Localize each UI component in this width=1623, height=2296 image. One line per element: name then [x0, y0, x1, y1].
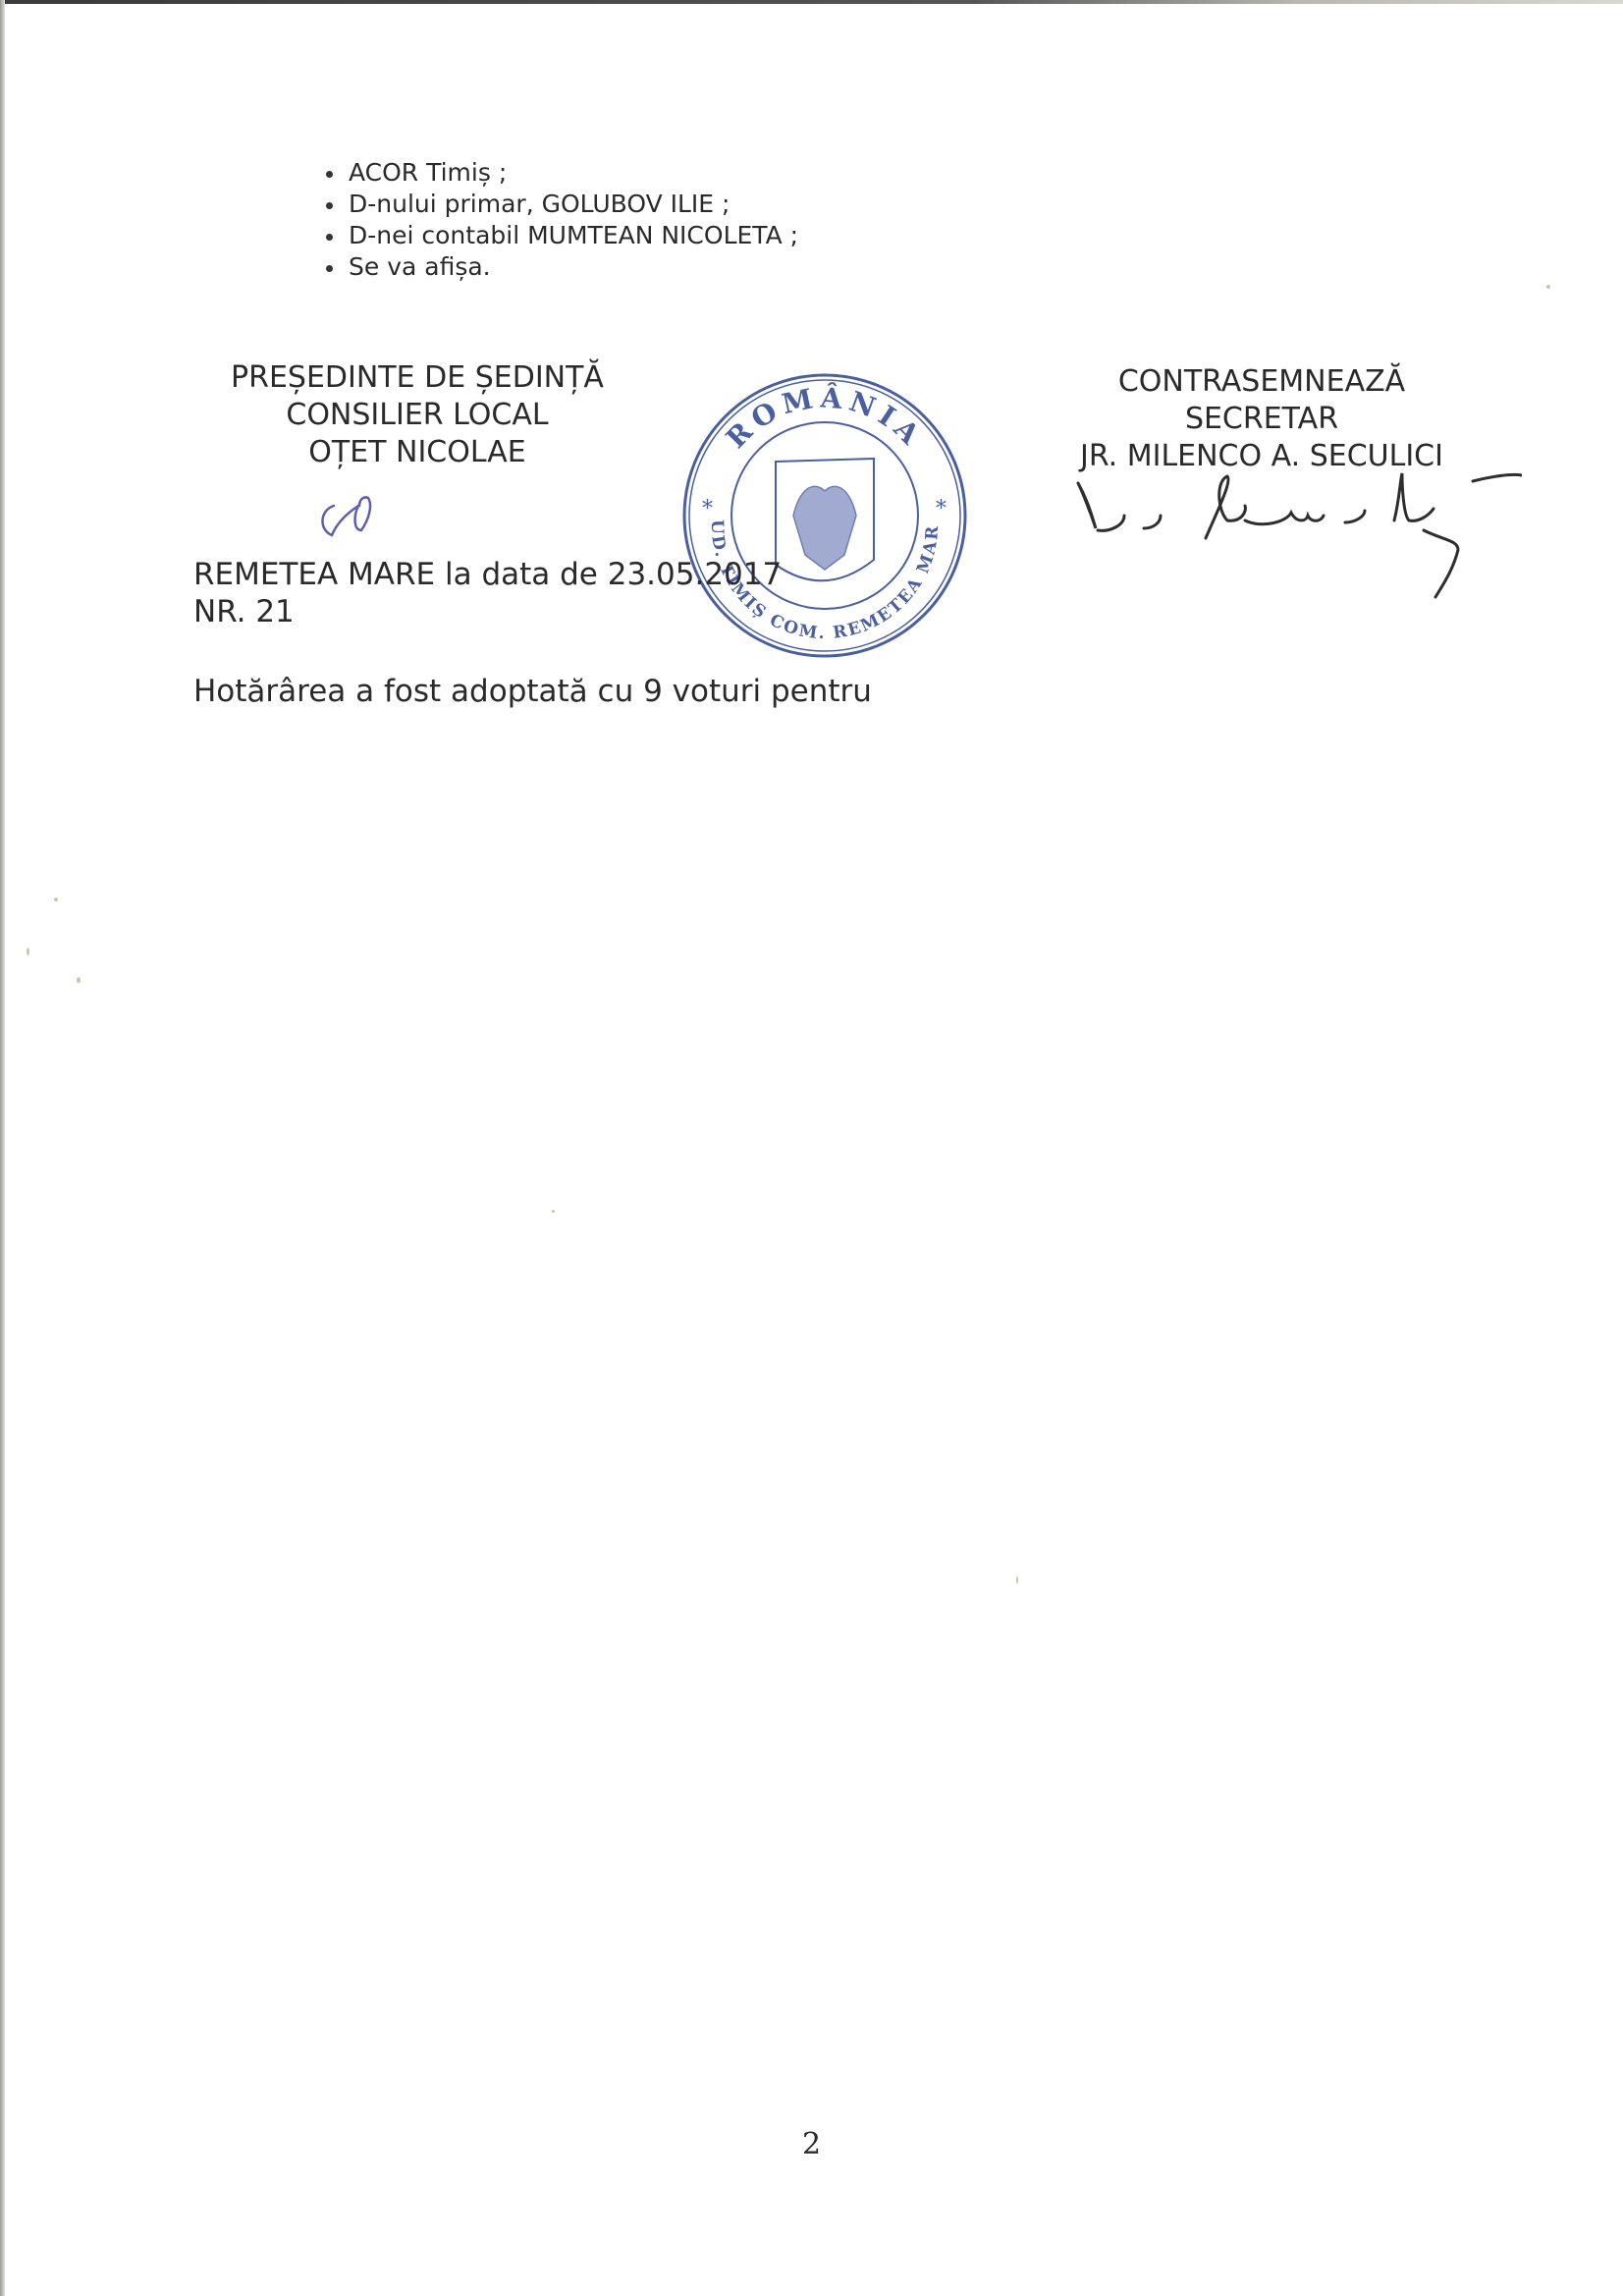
svg-text:*: *: [702, 497, 713, 521]
svg-text:ROMÂNIA: ROMÂNIA: [720, 381, 930, 455]
scan-speck: [552, 1210, 555, 1213]
scan-left-edge: [0, 0, 5, 2296]
distribution-list: ACOR Timiș ; D-nului primar, GOLUBOV ILI…: [324, 157, 798, 283]
distribution-item: Se va afișa.: [324, 251, 798, 283]
right-signature-icon: [1070, 462, 1522, 609]
distribution-item: D-nei contabil MUMTEAN NICOLETA ;: [324, 220, 798, 251]
distribution-item: ACOR Timiș ;: [324, 157, 798, 189]
distribution-item: D-nului primar, GOLUBOV ILIE ;: [324, 189, 798, 220]
right-signatory-block: CONTRASEMNEAZĂ SECRETAR JR. MILENCO A. S…: [1055, 363, 1468, 475]
decision-number: NR. 21: [193, 593, 782, 630]
page-number: 2: [802, 2127, 821, 2161]
svg-text:*: *: [936, 497, 947, 521]
right-signatory-title: CONTRASEMNEAZĂ: [1055, 363, 1468, 401]
scan-speck: [1546, 285, 1550, 289]
left-signatory-name: OȚET NICOLAE: [196, 434, 638, 471]
scan-top-edge: [0, 0, 1623, 4]
left-signatory-role: CONSILIER LOCAL: [196, 397, 638, 434]
place-and-date: REMETEA MARE la data de 23.05.2017: [193, 556, 782, 593]
scan-speck: [1016, 1576, 1018, 1584]
left-signatory-title: PREȘEDINTE DE ȘEDINȚĂ: [196, 359, 638, 397]
scan-speck: [54, 898, 58, 902]
adoption-note: Hotărârea a fost adoptată cu 9 voturi pe…: [193, 674, 872, 709]
right-signatory-role: SECRETAR: [1055, 401, 1468, 438]
scan-speck: [77, 977, 81, 983]
place-date-block: REMETEA MARE la data de 23.05.2017 NR. 2…: [193, 556, 782, 630]
scan-speck: [27, 948, 29, 956]
left-signature-icon: [314, 486, 403, 545]
left-signatory-block: PREȘEDINTE DE ȘEDINȚĂ CONSILIER LOCAL OȚ…: [196, 359, 638, 471]
